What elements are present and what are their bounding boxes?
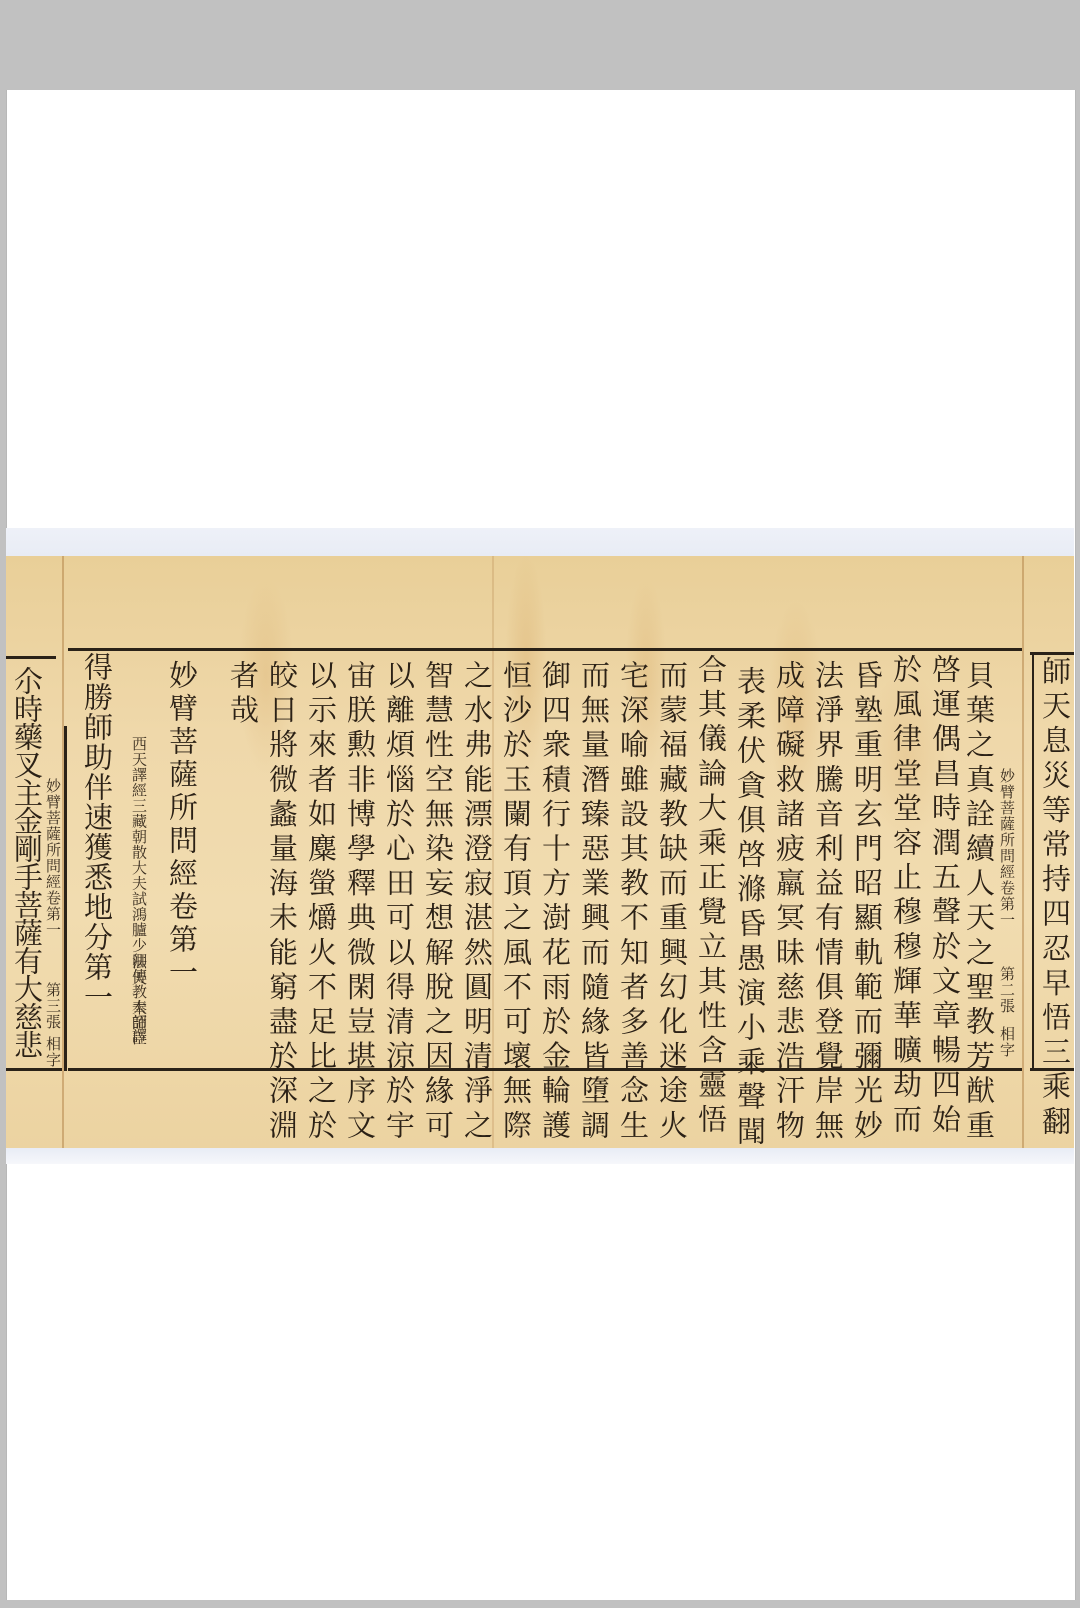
text-column: 法淨界騰音利益有情俱登覺岸無 <box>809 660 847 1144</box>
text-column: 者哉 <box>224 660 262 729</box>
margin-note-right-carver: 相字 <box>998 1026 1016 1058</box>
text-column: 以離煩惱於心田可以得清涼於宇 <box>380 660 418 1144</box>
text-column: 表柔伏貪俱啓滌昏愚演小乘聲聞 <box>731 666 769 1148</box>
text-column: 皎日將微蠡量海未能窮盡於深淵 <box>263 660 301 1144</box>
text-column: 之水弗能漂澄寂湛然圓明清淨之 <box>458 660 496 1144</box>
frame-right-border <box>1032 652 1034 1070</box>
text-column: 而蒙福藏教缺而重興幻化迷途火 <box>653 660 691 1144</box>
sutra-title: 妙臂菩薩所問經卷第一 <box>163 660 201 990</box>
text-column: 貝葉之真詮續人天之聖教芳猷重 <box>960 660 998 1144</box>
text-column-left-fragment: 尒時藥叉主金剛手菩薩有大慈悲 <box>8 666 46 1058</box>
margin-note-left-title: 妙臂菩薩所問經卷第一 <box>44 778 62 938</box>
text-column: 成障礙救諸疲羸冥昧慈悲浩汗物 <box>770 660 808 1144</box>
scroll-bottom-backdrop <box>6 1148 1074 1164</box>
text-column-right-fragment: 師天息災等常持四忍早悟三乘翻 <box>1036 656 1074 1140</box>
scroll-top-backdrop <box>6 528 1074 556</box>
translator-name: 法天 <box>130 954 148 986</box>
chapter-title: 得勝師助伴速獲悉地分第一 <box>78 652 116 1012</box>
text-column: 合其儀論大乘正覺立其性含靈悟 <box>692 654 730 1138</box>
frame-top-rule-right <box>1030 652 1074 655</box>
text-column: 昏塾重明玄門昭顯軌範而彌光妙 <box>848 660 886 1144</box>
margin-note-right-page: 第二張 <box>998 966 1016 1014</box>
text-column: 於風律堂堂容止穆穆輝華曠劫而 <box>887 654 925 1138</box>
frame-left-border <box>64 726 67 1071</box>
text-column: 以示來者如麋螢爝火不足比之於 <box>302 660 340 1144</box>
translator-action: 奉詔譯 <box>130 1000 148 1042</box>
margin-note-right-title: 妙臂菩薩所問經卷第一 <box>998 768 1016 928</box>
frame-top-rule-main <box>68 648 1022 651</box>
frame-bottom-rule-left <box>6 1068 62 1071</box>
text-column: 御四衆積行十方澍花雨於金輪護 <box>536 660 574 1144</box>
text-column: 宅深喻雖設其教不知者多善念生 <box>614 660 652 1144</box>
paper-seam-right <box>1022 556 1024 1148</box>
text-column: 宙朕勲非博學釋典微閑豈堪序文 <box>341 660 379 1144</box>
margin-note-left-carver: 相字 <box>44 1036 62 1068</box>
text-column: 啓運偶昌時潤五聲於文章暢四始 <box>926 654 964 1138</box>
margin-note-left-page: 第三張 <box>44 982 62 1030</box>
text-column: 智慧性空無染妄想解脫之因緣可 <box>419 660 457 1144</box>
text-column: 而無量潛臻惡業興而隨緣皆墮調 <box>575 660 613 1144</box>
manuscript-scroll-image: 師天息災等常持四忍早悟三乘翻 妙臂菩薩所問經卷第一 第二張 相字 貝葉之真詮續人… <box>6 556 1074 1148</box>
frame-top-rule-left <box>6 656 56 659</box>
text-column: 恒沙於玉闌有頂之風不可壞無際 <box>497 660 535 1144</box>
